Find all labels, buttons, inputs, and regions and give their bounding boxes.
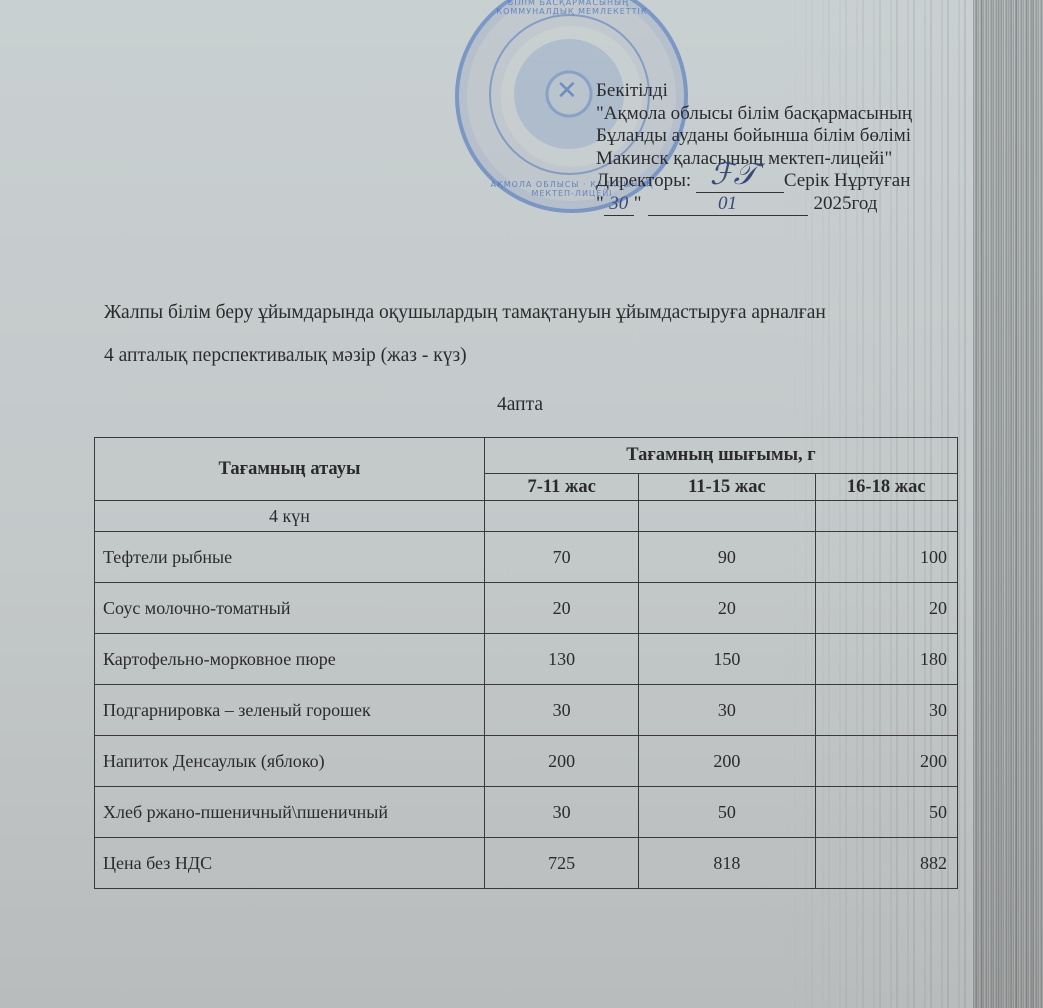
scan-edge: [973, 0, 1043, 1008]
dish-name: Напиток Денсаулык (яблоко): [95, 736, 485, 787]
approval-block: Бекітілді "Ақмола облысы білім басқармас…: [596, 80, 912, 216]
dish-name: Хлеб ржано-пшеничный\пшеничный: [95, 787, 485, 838]
signature-icon: ℱ𝒯: [710, 164, 757, 187]
yield-value: 90: [639, 532, 815, 583]
dish-name: Цена без НДС: [95, 838, 485, 889]
yield-value: 150: [639, 634, 815, 685]
empty-cell: [484, 501, 638, 532]
yield-value: 70: [484, 532, 638, 583]
header-dish-name: Тағамның атауы: [95, 438, 485, 501]
signature-line: ℱ𝒯: [696, 174, 784, 193]
yield-value: 130: [484, 634, 638, 685]
table-header-row: Тағамның атауы Тағамның шығымы, г: [95, 438, 958, 474]
yield-value: 50: [639, 787, 815, 838]
table-row: Соус молочно-томатный202020: [95, 583, 958, 634]
yield-value: 200: [484, 736, 638, 787]
table-row: Хлеб ржано-пшеничный\пшеничный305050: [95, 787, 958, 838]
dish-name: Соус молочно-томатный: [95, 583, 485, 634]
yield-value: 30: [815, 685, 957, 736]
header-age-11-15: 11-15 жас: [639, 474, 815, 501]
week-label: 4апта: [497, 394, 543, 416]
date-day: 30: [604, 193, 634, 217]
dish-name: Тефтели рыбные: [95, 532, 485, 583]
table-row: Подгарнировка – зеленый горошек303030: [95, 685, 958, 736]
yield-value: 180: [815, 634, 957, 685]
yield-value: 100: [815, 532, 957, 583]
table-row: Картофельно-морковное пюре130150180: [95, 634, 958, 685]
dish-name: Картофельно-морковное пюре: [95, 634, 485, 685]
date-line: "30"012025год: [596, 193, 912, 217]
yield-value: 818: [639, 838, 815, 889]
director-label: Директоры:: [596, 170, 691, 191]
document-subtitle: 4 апталық перспективалық мәзір (жаз - кү…: [104, 345, 467, 367]
approval-line-2: Бұланды ауданы бойынша білім бөлімі: [596, 125, 912, 148]
header-age-7-11: 7-11 жас: [484, 474, 638, 501]
header-yield: Тағамның шығымы, г: [484, 438, 957, 474]
yield-value: 200: [815, 736, 957, 787]
yield-value: 200: [639, 736, 815, 787]
day-row: 4 күн: [95, 501, 958, 532]
date-month: 01: [648, 193, 808, 217]
yield-value: 20: [815, 583, 957, 634]
yield-value: 725: [484, 838, 638, 889]
yield-value: 20: [639, 583, 815, 634]
header-age-16-18: 16-18 жас: [815, 474, 957, 501]
day-label: 4 күн: [95, 501, 485, 532]
yield-value: 882: [815, 838, 957, 889]
empty-cell: [639, 501, 815, 532]
table-body: Тефтели рыбные7090100Соус молочно-томатн…: [95, 532, 958, 889]
table-row: Тефтели рыбные7090100: [95, 532, 958, 583]
director-name: Серік Нұртуған: [784, 170, 911, 191]
table-row: Цена без НДС725818882: [95, 838, 958, 889]
yield-value: 30: [484, 787, 638, 838]
table-row: Напиток Денсаулык (яблоко)200200200: [95, 736, 958, 787]
empty-cell: [815, 501, 957, 532]
menu-table: Тағамның атауы Тағамның шығымы, г 7-11 ж…: [94, 437, 958, 889]
yield-value: 20: [484, 583, 638, 634]
director-line: Директоры: ℱ𝒯Серік Нұртуған: [596, 170, 912, 193]
approval-line-1: "Ақмола облысы білім басқармасының: [596, 103, 912, 126]
document-title: Жалпы білім беру ұйымдарында оқушылардың…: [104, 302, 826, 324]
yield-value: 30: [639, 685, 815, 736]
dish-name: Подгарнировка – зеленый горошек: [95, 685, 485, 736]
yield-value: 50: [815, 787, 957, 838]
date-year: 2025год: [814, 193, 878, 214]
approval-heading: Бекітілді: [596, 80, 912, 103]
yield-value: 30: [484, 685, 638, 736]
